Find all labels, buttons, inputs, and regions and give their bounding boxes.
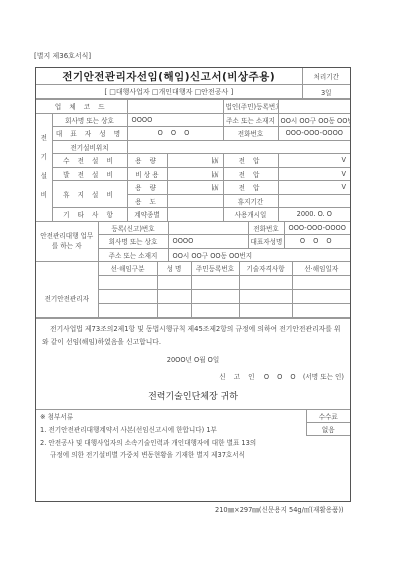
voltage-field[interactable]: V	[278, 167, 350, 181]
business-code-field[interactable]	[127, 100, 223, 114]
contract-type-label: 계약종별	[127, 208, 167, 222]
start-date-field[interactable]: 2000. O. O	[278, 208, 350, 222]
phone-field[interactable]: OOO-OOO-OOOO	[278, 127, 350, 141]
attachments-header: ※ 첨부서류	[36, 409, 306, 422]
declaration-date[interactable]: 20OO년 O월 O일	[36, 349, 350, 369]
rep-name-label: 대 표 자 성 명	[52, 127, 127, 141]
agency-rep-label: 대표자성명	[248, 235, 284, 249]
col-header-resident-number: 주민등록번호	[191, 262, 239, 275]
table-cell[interactable]	[191, 303, 239, 317]
idle-period-label: 휴지기간	[223, 194, 278, 208]
manager-table: 전기안전관리자 선·해임구분 성 명 주민등록번호 기술자격사항 선·해임일자	[36, 262, 350, 318]
agency-address-field[interactable]: OO시 OO구 OO동 OO번지	[168, 248, 350, 262]
agency-company-field[interactable]: OOOO	[168, 235, 248, 249]
address-label: 주소 또는 소재지	[223, 113, 278, 127]
table-cell[interactable]	[157, 289, 191, 303]
header-table: 전기안전관리자선임(해임)신고서(비상주용) 처리기간 [ □대행사업자 □개인…	[36, 68, 350, 99]
signature-note: (서명 또는 인)	[303, 373, 344, 381]
agency-reg-field[interactable]	[168, 222, 248, 235]
agency-reg-label: 등록(신고)번호	[98, 222, 168, 235]
table-cell[interactable]	[292, 303, 350, 317]
facility-table: 업 체 코 드 법인(주민)등록번호 전기설비 회사명 또는 상호 OOOO 주…	[36, 99, 350, 222]
corp-reg-label: 법인(주민)등록번호	[223, 100, 278, 114]
emergency-label: 비 상 용	[127, 167, 167, 181]
agency-table: 안전관리대행 업무를 하는 자 등록(신고)번호 전화번호 OOO-OOO-OO…	[36, 222, 350, 263]
agency-rep-field[interactable]: O O O	[284, 235, 350, 249]
attachment-item: 2. 안전공사 및 대행사업자의 소속기술인력과 개인대행자에 대한 별표 13…	[36, 435, 350, 448]
emergency-capacity-field[interactable]: ㎾	[167, 167, 223, 181]
location-label: 전기설비위치	[52, 140, 127, 154]
report-form: 전기안전관리자선임(해임)신고서(비상주용) 처리기간 [ □대행사업자 □개인…	[35, 67, 351, 502]
table-cell[interactable]	[157, 303, 191, 317]
phone-label: 전화번호	[223, 127, 278, 141]
table-cell[interactable]	[292, 289, 350, 303]
applicant-label: 신 고 인	[219, 373, 257, 381]
table-cell[interactable]	[292, 275, 350, 289]
processing-period-value: 3일	[302, 85, 350, 99]
agency-company-label: 회사명 또는 상호	[98, 235, 168, 249]
capacity-label: 용 량	[127, 154, 167, 168]
table-cell[interactable]	[239, 289, 292, 303]
col-header-appointment-date: 선·해임일자	[292, 262, 350, 275]
declaration-text: 전기사업법 제73조의2제1항 및 동법시행규칙 제45조제2항의 규정에 의하…	[36, 318, 350, 349]
usage-label: 용 도	[127, 194, 167, 208]
agency-phone-field[interactable]: OOO-OOO-OOOO	[284, 222, 350, 235]
contract-type-field[interactable]	[167, 208, 223, 222]
business-code-label: 업 체 코 드	[36, 100, 127, 114]
address-field[interactable]: OO시 OO구 OO동 OO번지	[278, 113, 350, 127]
applicant-line: 신 고 인 O O O (서명 또는 인)	[36, 369, 350, 383]
table-cell[interactable]	[191, 275, 239, 289]
processing-period-label: 처리기간	[302, 68, 350, 85]
company-name-field[interactable]: OOOO	[127, 113, 223, 127]
agency-address-label: 주소 또는 소재지	[98, 248, 168, 262]
table-cell[interactable]	[98, 303, 157, 317]
fee-label: 수수료	[306, 409, 350, 422]
col-header-qualification: 기술자격사항	[239, 262, 292, 275]
applicant-name[interactable]: O O O	[264, 373, 299, 381]
table-cell[interactable]	[98, 289, 157, 303]
attachment-item: 1. 전기안전관리대행계약서 사본(선임신고시에 한합니다) 1부	[36, 422, 306, 435]
addressee: 전력기술인단체장 귀하	[36, 383, 350, 409]
voltage-label: 전 압	[223, 167, 278, 181]
table-cell[interactable]	[157, 275, 191, 289]
idle-equipment-label: 휴 지 설 비	[52, 181, 127, 208]
location-field[interactable]	[127, 140, 350, 154]
form-number-label: [별지 제36호서식]	[34, 51, 91, 61]
generation-equipment-label: 발 전 설 비	[52, 167, 127, 181]
idle-capacity-field[interactable]: ㎾	[167, 181, 223, 195]
attachment-item-continued: 규정에 의한 전기설비별 가중치 변동현황을 기재한 별지 제37호서식	[36, 448, 350, 460]
company-name-label: 회사명 또는 상호	[52, 113, 127, 127]
voltage-label: 전 압	[223, 154, 278, 168]
receiving-equipment-label: 수 전 설 비	[52, 154, 127, 168]
other-matters-label: 기 타 사 항	[52, 208, 127, 222]
form-title: 전기안전관리자선임(해임)신고서(비상주용)	[36, 68, 302, 85]
idle-capacity-label: 용 량	[127, 181, 167, 195]
agency-section-label: 안전관리대행 업무를 하는 자	[36, 222, 98, 262]
facility-section-label: 전기설비	[36, 113, 52, 221]
rep-name-field[interactable]: O O O	[127, 127, 223, 141]
table-cell[interactable]	[191, 289, 239, 303]
corp-reg-field[interactable]	[278, 100, 350, 114]
manager-section-label: 전기안전관리자	[36, 262, 98, 317]
col-header-name: 성 명	[157, 262, 191, 275]
voltage-field[interactable]: V	[278, 154, 350, 168]
declaration-section: 전기사업법 제73조의2제1항 및 동법시행규칙 제45조제2항의 규정에 의하…	[36, 318, 350, 409]
start-date-label: 사용개시일	[223, 208, 278, 222]
idle-period-field[interactable]	[278, 194, 350, 208]
table-cell[interactable]	[239, 275, 292, 289]
fee-value: 없음	[306, 422, 350, 435]
usage-field[interactable]	[167, 194, 223, 208]
col-header-appointment-type: 선·해임구분	[98, 262, 157, 275]
table-cell[interactable]	[239, 303, 292, 317]
voltage-field[interactable]: V	[278, 181, 350, 195]
applicant-type-checkboxes[interactable]: [ □대행사업자 □개인대행자 □안전공사 ]	[36, 85, 302, 99]
table-cell[interactable]	[98, 275, 157, 289]
paper-spec-note: 210㎜×297㎜(신문용지 54g/㎡(재활용품))	[215, 504, 344, 514]
agency-phone-label: 전화번호	[248, 222, 284, 235]
attachments-section: ※ 첨부서류 수수료 1. 전기안전관리대행계약서 사본(선임신고시에 한합니다…	[36, 409, 350, 460]
capacity-field[interactable]: ㎾	[167, 154, 223, 168]
voltage-label: 전 압	[223, 181, 278, 195]
